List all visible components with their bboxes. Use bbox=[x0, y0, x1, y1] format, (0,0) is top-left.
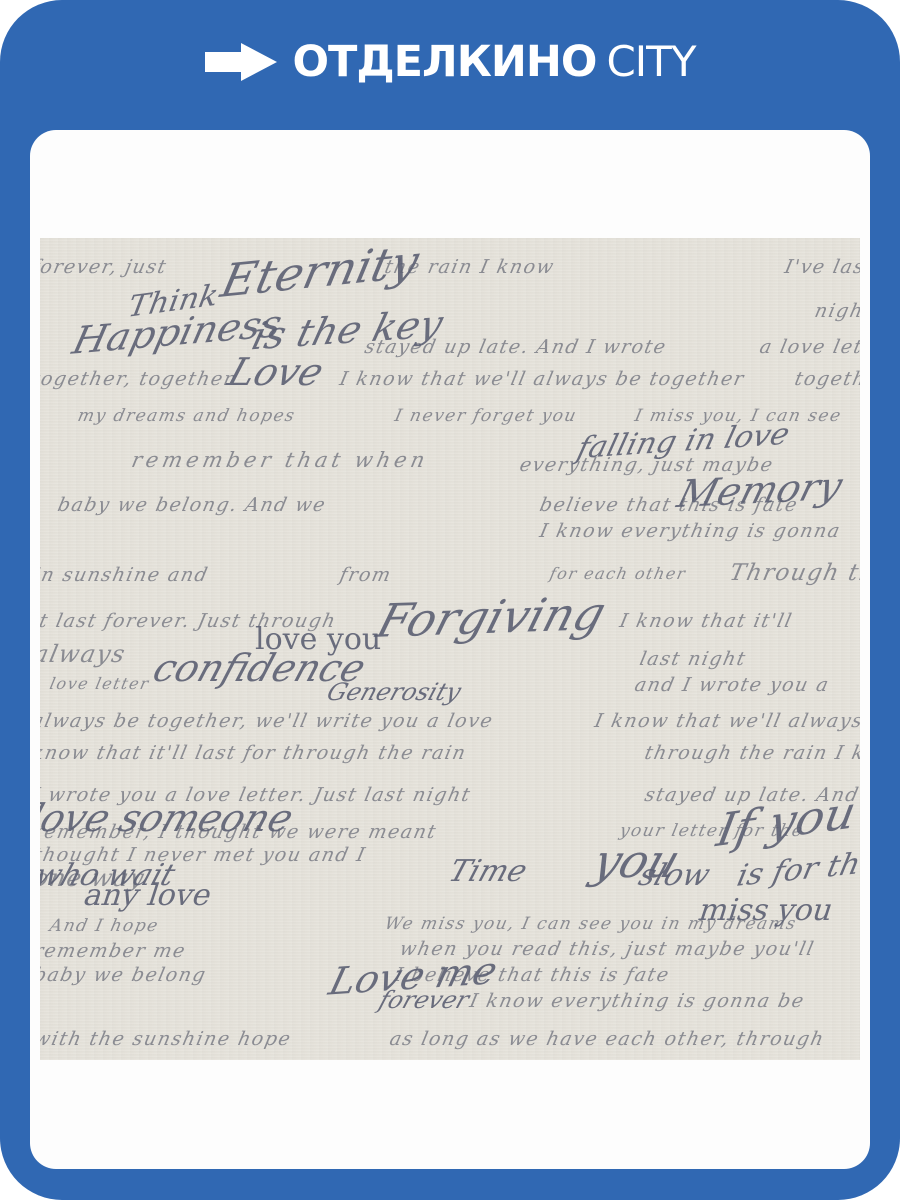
script-line: always bbox=[40, 640, 129, 668]
header: ОТДЕЛКИНО CITY bbox=[0, 0, 900, 130]
brand-suffix: CITY bbox=[606, 41, 695, 83]
script-line: and I wrote you a bbox=[633, 674, 832, 696]
script-line: Through the bbox=[727, 560, 860, 586]
script-line: from bbox=[338, 564, 394, 586]
script-line: know that it'll last for through the rai… bbox=[40, 742, 469, 764]
script-word: forever bbox=[375, 986, 472, 1014]
brand-name: ОТДЕЛКИНО bbox=[293, 41, 597, 84]
script-line: I know everything is gonna be bbox=[468, 990, 807, 1012]
script-line: remember me bbox=[40, 940, 188, 962]
script-word: Forgiving bbox=[371, 586, 612, 648]
script-line: for each other bbox=[548, 564, 688, 583]
script-line: baby we belong bbox=[40, 964, 209, 986]
script-line: I know that it'll bbox=[618, 610, 795, 632]
script-line: together, together bbox=[40, 368, 237, 390]
script-word: Love bbox=[223, 350, 329, 394]
script-word: Generosity bbox=[323, 678, 464, 706]
script-line: I never forget you bbox=[393, 406, 579, 426]
script-line: forever, just bbox=[40, 256, 169, 278]
script-line: together bbox=[793, 368, 860, 390]
script-line: as long as we have each other, through bbox=[388, 1028, 827, 1050]
script-word: Eternity bbox=[216, 238, 423, 308]
arrow-right-icon bbox=[205, 43, 277, 81]
script-word: slow bbox=[634, 858, 714, 893]
script-line: through the rain I know bbox=[643, 742, 860, 764]
script-line: in sunshine and bbox=[40, 564, 211, 586]
script-line: last night bbox=[638, 648, 749, 670]
script-word: love someone bbox=[40, 796, 299, 840]
product-image: forever, just the rain I know I've last … bbox=[40, 238, 860, 1060]
script-word: miss you bbox=[694, 893, 838, 928]
script-line: my dreams and hopes bbox=[76, 406, 298, 426]
script-line: I know everything is gonna bbox=[538, 520, 843, 542]
script-line: remember that when bbox=[129, 448, 430, 472]
brand-logo: ОТДЕЛКИНО CITY bbox=[205, 41, 696, 84]
script-line: baby we belong. And we bbox=[56, 494, 329, 516]
script-line: a love letter bbox=[758, 336, 860, 358]
script-line: And I hope bbox=[48, 916, 161, 936]
script-line: love letter bbox=[48, 674, 151, 693]
script-line: with the sunshine hope bbox=[40, 1028, 294, 1050]
script-line: I know that we'll always be together bbox=[338, 368, 747, 390]
script-line: I know that we'll always bbox=[593, 710, 860, 732]
script-line: night bbox=[813, 300, 860, 322]
script-word: Time bbox=[444, 854, 531, 889]
script-line: always be together, we'll write you a lo… bbox=[40, 710, 496, 732]
script-word: Memory bbox=[673, 464, 847, 516]
script-word: any love bbox=[79, 878, 216, 913]
script-line: I've last bbox=[783, 256, 860, 278]
